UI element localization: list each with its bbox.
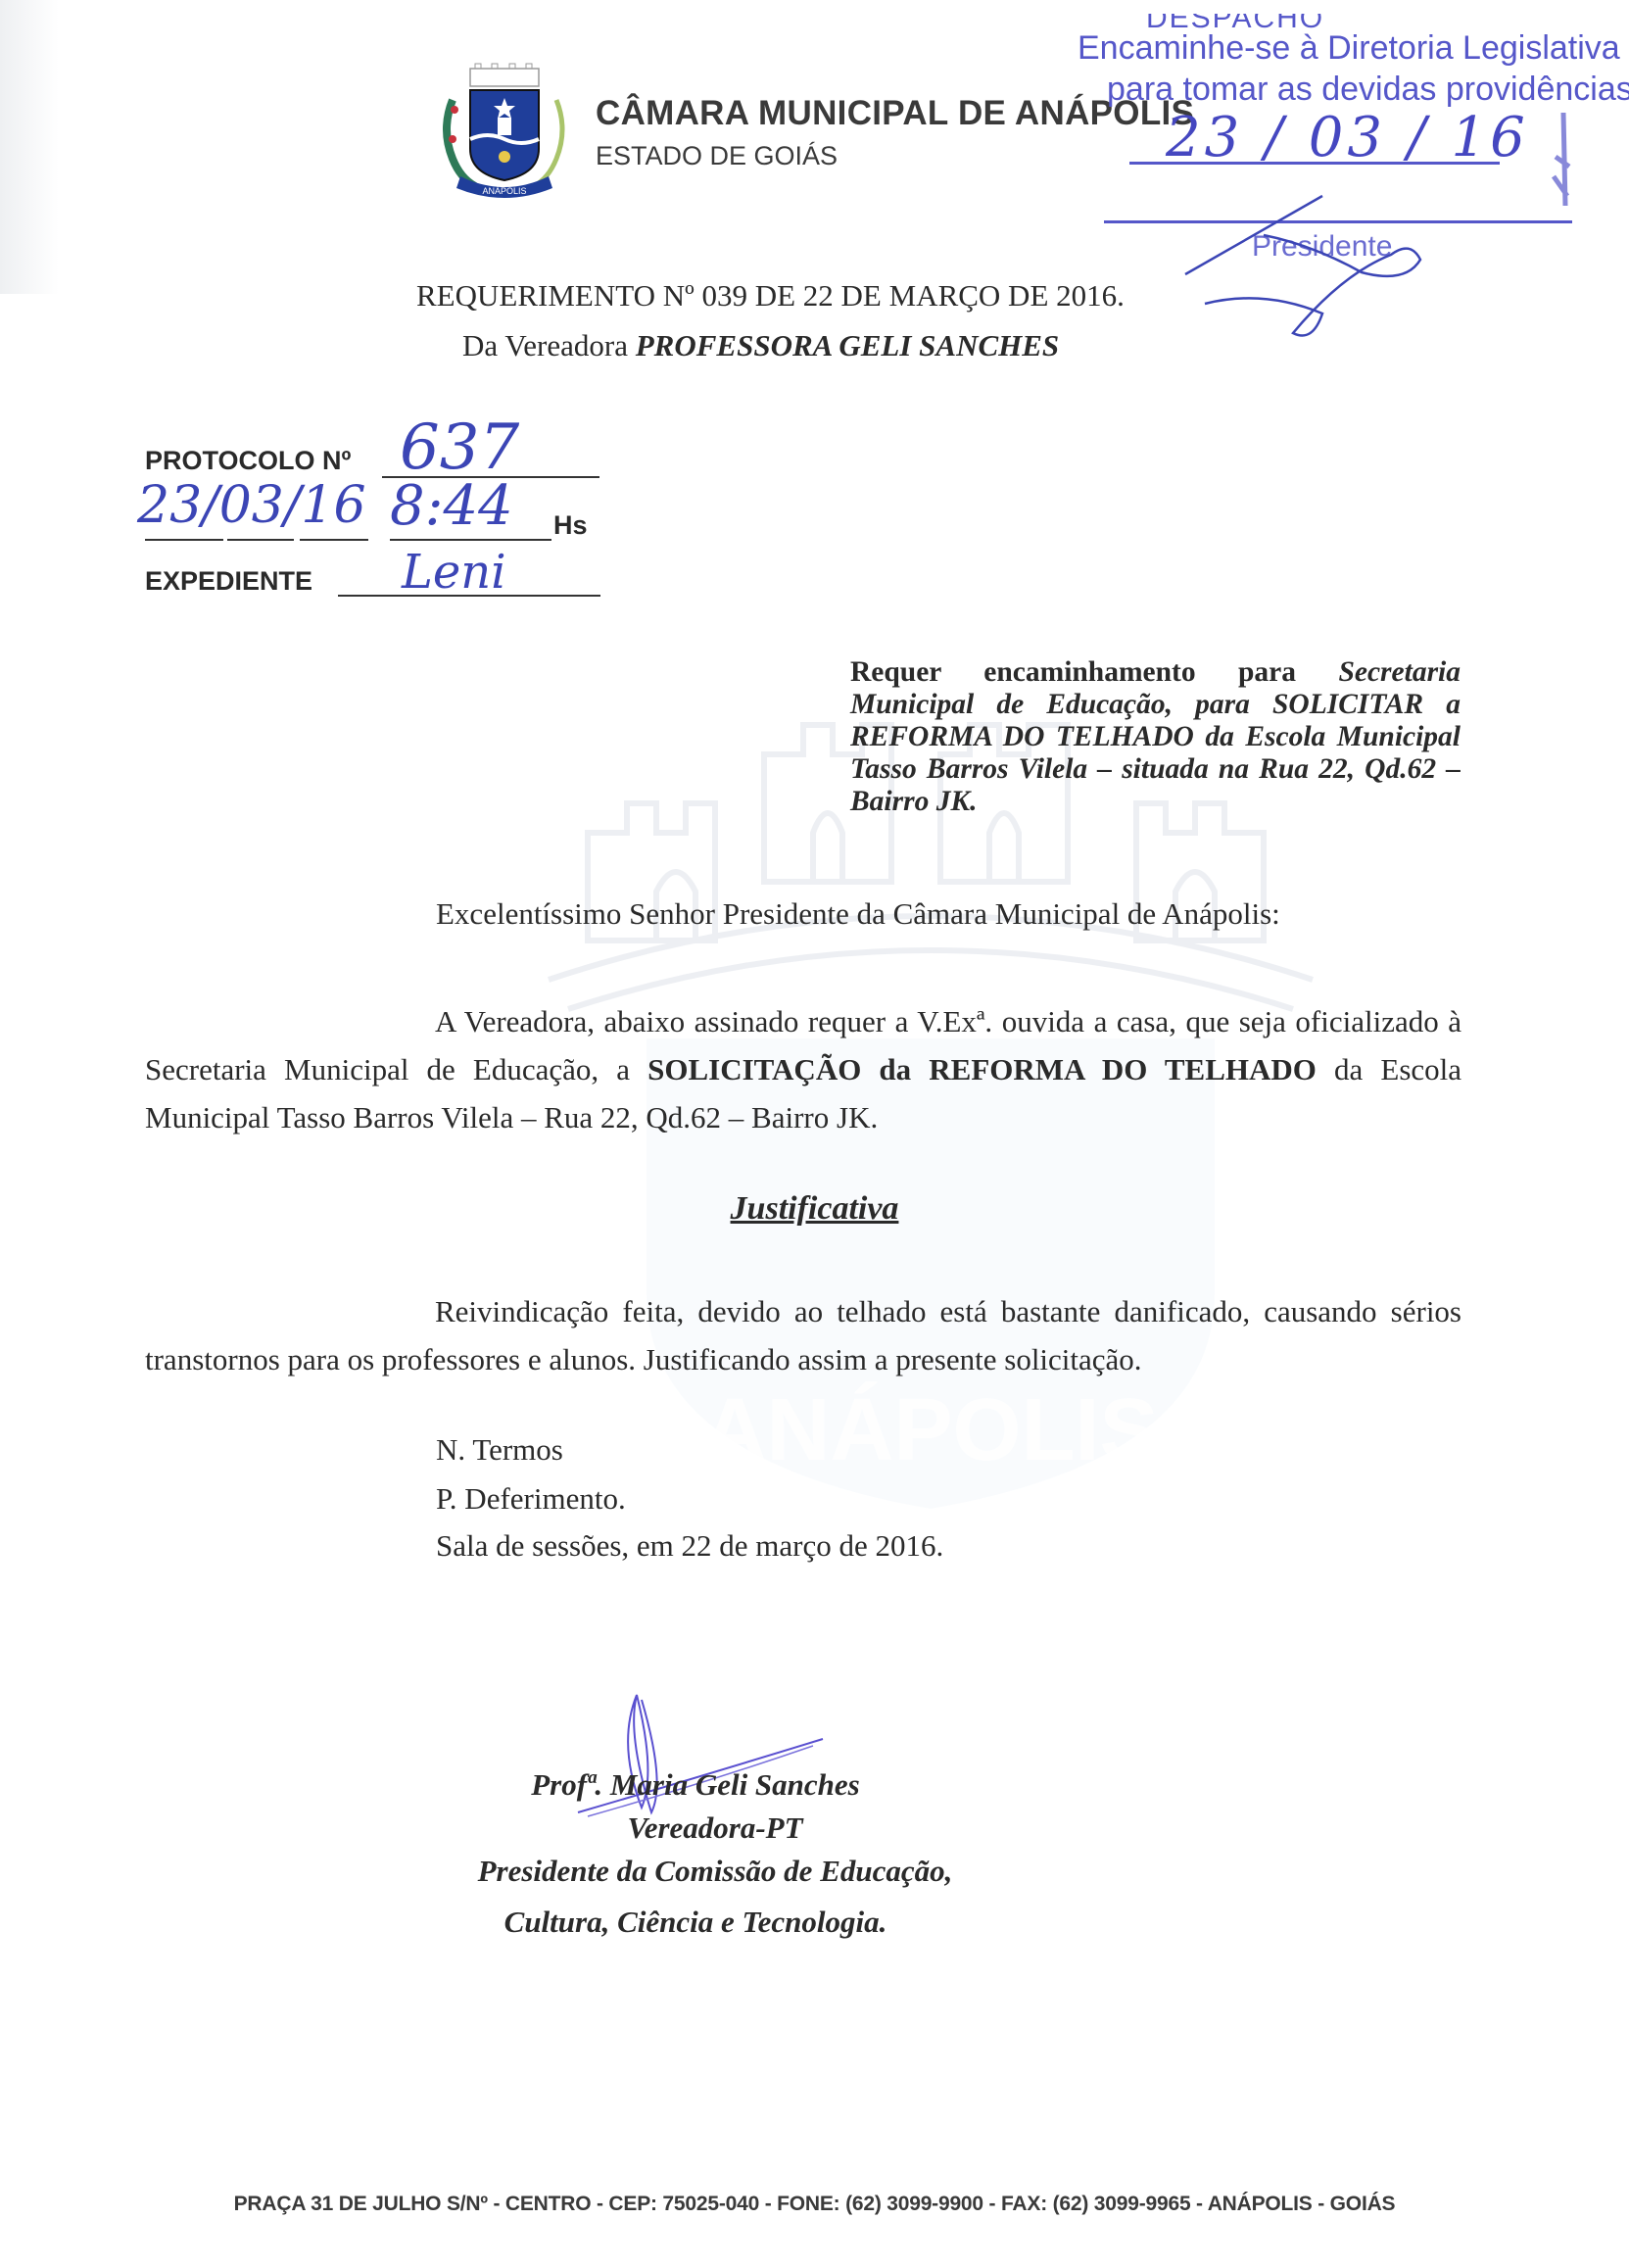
scan-edge-shadow [0, 0, 59, 294]
document-title: REQUERIMENTO Nº 039 DE 22 DE MARÇO DE 20… [416, 278, 1125, 314]
svg-text:ANÁPOLIS: ANÁPOLIS [482, 186, 526, 196]
protocol-day: 23 [137, 476, 202, 535]
summary-lead: Requer encaminhamento para [850, 656, 1296, 688]
expediente-signature: Leni [402, 545, 506, 600]
stamp-ink-smudge [1536, 108, 1575, 216]
stamp-handwritten-date: 23 / 03 / 16 [1166, 106, 1529, 169]
footer-address: PRAÇA 31 DE JULHO S/Nº - CENTRO - CEP: 7… [0, 2193, 1629, 2216]
justification-paragraph: Reivindicação feita, devido ao telhado e… [145, 1287, 1461, 1383]
document-author: Da Vereadora PROFESSORA GELI SANCHES [462, 328, 1059, 363]
protocol-month: 03 [219, 476, 284, 535]
closing-line-2: P. Deferimento. [436, 1481, 626, 1517]
protocol-year: 16 [301, 476, 365, 535]
stamp-instruction-line-2: para tomar as devidas providências. [1107, 71, 1629, 109]
author-prefix: Da Vereadora [462, 328, 628, 362]
organization-state: ESTADO DE GOIÁS [596, 141, 838, 171]
municipal-crest-logo: ANÁPOLIS [431, 61, 578, 208]
request-text-emphasis: SOLICITAÇÃO da REFORMA DO TELHADO [647, 1052, 1317, 1086]
protocol-time-suffix: Hs [553, 510, 588, 541]
protocol-day-line [145, 539, 223, 541]
president-signature-scribble [1166, 186, 1440, 343]
signature-block: Profª. Maria Geli Sanches Vereadora-PT P… [421, 1763, 1009, 1944]
protocol-date: 23/03/16 [137, 476, 366, 535]
signer-title-line-2: Cultura, Ciência e Tecnologia. [382, 1901, 1009, 1944]
signer-name: Profª. Maria Geli Sanches [382, 1763, 1009, 1807]
signer-role: Vereadora-PT [421, 1807, 1009, 1850]
protocol-label: PROTOCOLO Nº [145, 446, 351, 476]
protocol-time: 8:44 [390, 474, 513, 538]
protocol-year-line [300, 539, 368, 541]
protocol-time-line [390, 539, 551, 541]
organization-name: CÂMARA MUNICIPAL DE ANÁPOLIS [596, 94, 1194, 133]
expediente-label: EXPEDIENTE [145, 566, 312, 597]
stamp-date-line [1129, 162, 1500, 165]
closing-line-3: Sala de sessões, em 22 de março de 2016. [436, 1528, 943, 1564]
signer-title-line-1: Presidente da Comissão de Educação, [421, 1850, 1009, 1893]
salutation: Excelentíssimo Senhor Presidente da Câma… [436, 896, 1280, 932]
request-summary: Requer encaminhamento para Secretaria Mu… [850, 656, 1461, 818]
justification-heading: Justificativa [0, 1190, 1629, 1228]
closing-line-1: N. Termos [436, 1432, 563, 1468]
protocol-number: 637 [400, 411, 519, 484]
request-paragraph: A Vereadora, abaixo assinado requer a V.… [145, 997, 1461, 1141]
protocol-month-line [227, 539, 294, 541]
stamp-instruction-line-1: Encaminhe-se à Diretoria Legislativa [1078, 29, 1620, 68]
svg-text:ANÁPOLIS: ANÁPOLIS [702, 1380, 1158, 1479]
author-name: PROFESSORA GELI SANCHES [636, 328, 1059, 362]
